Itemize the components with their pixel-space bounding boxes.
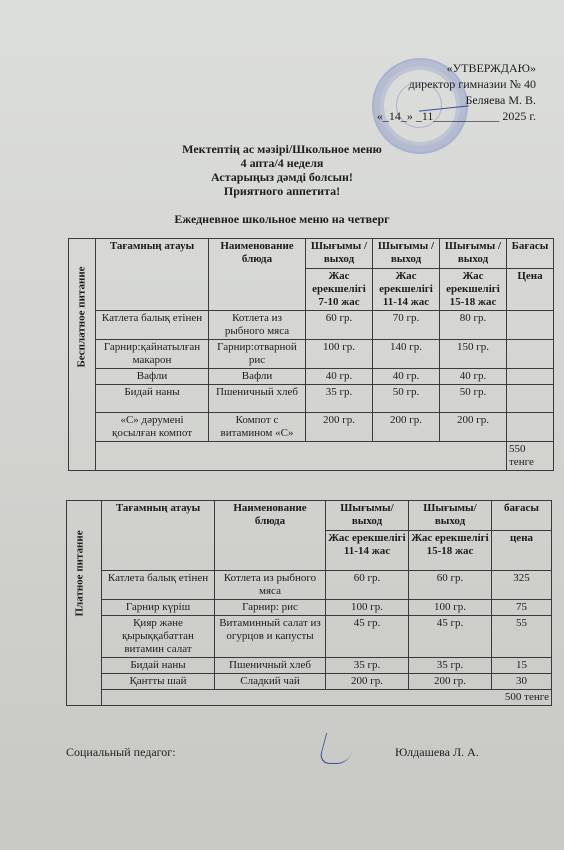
title-line-2: 4 апта/4 неделя [0, 156, 564, 170]
header-name-kz: Тағамның атауы [96, 239, 209, 311]
footer-role: Социальный педагог: [66, 745, 176, 760]
table-row: Қантты шайСладкий чай 200 гр.200 гр.30 [67, 674, 552, 690]
header-price: Бағасы [507, 239, 554, 269]
header-price: бағасы [492, 501, 552, 531]
subheader-price: цена [492, 531, 552, 571]
header-name-kz: Тағамның атауы [102, 501, 215, 571]
approval-name: Беляева М. В. [377, 92, 536, 108]
header-output-3: Шығымы / выход [440, 239, 507, 269]
header-output-2: Шығымы / выход [373, 239, 440, 269]
approval-date: «_14_» _11___________ 2025 г. [377, 108, 536, 124]
free-meals-table: Бесплатное питание Тағамның атауы Наимен… [68, 238, 554, 471]
table-row: «С» дәрумені қосылған компотКомпот с вит… [69, 413, 554, 442]
paid-meals-side-label: Платное питание [67, 501, 102, 706]
table-row: Катлета балық етіненКотлета из рыбного м… [69, 311, 554, 340]
paid-meals-table: Платное питание Тағамның атауы Наименова… [66, 500, 552, 706]
header-output-1: Шығымы/ выход [326, 501, 409, 531]
subheader-age-2: Жас ерекшелігі 15-18 жас [409, 531, 492, 571]
title-line-1: Мектептің ас мәзірі/Школьное меню [0, 142, 564, 156]
table-row: Қияр және қырыққабаттан витамин салатВит… [67, 616, 552, 658]
subheader-age-2: Жас ерекшелігі 11-14 жас [373, 269, 440, 311]
free-meals-side-label: Бесплатное питание [69, 239, 96, 471]
subheader-age-1: Жас ерекшелігі 11-14 жас [326, 531, 409, 571]
subheader-age-3: Жас ерекшелігі 15-18 жас [440, 269, 507, 311]
table-row: Бидай наныПшеничный хлеб 35 гр.35 гр.15 [67, 658, 552, 674]
title-line-3: Астарыңыз дәмді болсын! [0, 170, 564, 184]
title-line-4: Приятного аппетита! [0, 184, 564, 198]
table-row: Гарнир күрішГарнир: рис 100 гр.100 гр.75 [67, 600, 552, 616]
header-output-1: Шығымы / выход [306, 239, 373, 269]
approval-block: «УТВЕРЖДАЮ» директор гимназии № 40 Беляе… [377, 60, 536, 124]
approval-position: директор гимназии № 40 [377, 76, 536, 92]
document-page: «УТВЕРЖДАЮ» директор гимназии № 40 Беляе… [0, 0, 564, 850]
header-name-ru: Наименование блюда [209, 239, 306, 311]
approval-title: «УТВЕРЖДАЮ» [377, 60, 536, 76]
daily-menu-title: Ежедневное школьное меню на четверг [0, 212, 564, 227]
menu-title-block: Мектептің ас мәзірі/Школьное меню 4 апта… [0, 142, 564, 198]
table-row: ВафлиВафли 40 гр.40 гр.40 гр. [69, 369, 554, 385]
table-row: Гарнир:қайнатылған макаронГарнир:отварно… [69, 340, 554, 369]
subheader-price: Цена [507, 269, 554, 311]
paid-total: 500 тенге [102, 690, 552, 706]
header-name-ru: Наименование блюда [215, 501, 326, 571]
table-row: Катлета балық етіненКотлета из рыбного м… [67, 571, 552, 600]
free-total: 550 тенге [507, 442, 554, 471]
header-output-2: Шығымы/ выход [409, 501, 492, 531]
footer-name: Юлдашева Л. А. [395, 745, 479, 760]
table-row: Бидай наныПшеничный хлеб 35 гр.50 гр.50 … [69, 385, 554, 413]
pedagog-signature [318, 733, 357, 764]
subheader-age-1: Жас ерекшелігі 7-10 жас [306, 269, 373, 311]
